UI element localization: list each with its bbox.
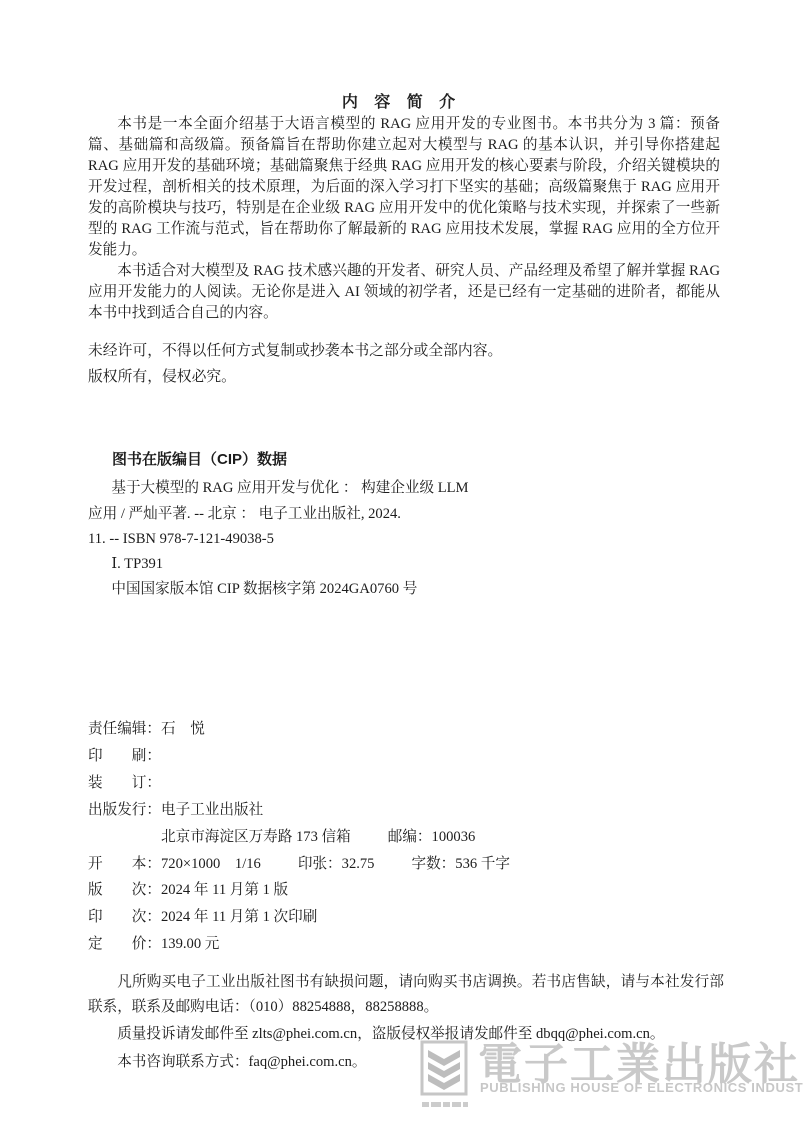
row-publisher-value: 电子工业出版社 <box>161 802 263 818</box>
page-title: 内 容 简 介 <box>0 89 803 112</box>
copyright-notice-line-2: 版权所有，侵权必究。 <box>88 364 720 390</box>
row-price-label: 定 价： <box>88 931 161 958</box>
copyright-notice-line-1: 未经许可，不得以任何方式复制或抄袭本书之部分或全部内容。 <box>88 338 720 364</box>
row-format-value: 720×1000 1/16 <box>161 856 261 872</box>
row-price: 定 价：139.00 元 <box>88 931 728 958</box>
row-impression: 印 次：2024 年 11 月第 1 次印刷 <box>88 904 728 931</box>
row-publisher-label: 出版发行： <box>88 797 161 824</box>
cip-data-block: 图书在版编目（CIP）数据 基于大模型的 RAG 应用开发与优化 ： 构建企业级… <box>88 447 720 603</box>
row-impression-value: 2024 年 11 月第 1 次印刷 <box>161 909 317 925</box>
note-contact: 本书咨询联系方式：faq@phei.com.cn。 <box>88 1050 724 1075</box>
copyright-page: 内 容 简 介 本书是一本全面介绍基于大语言模型的 RAG 应用开发的专业图书。… <box>0 0 803 1122</box>
row-address: 北京市海淀区万寿路 173 信箱邮编：100036 <box>88 824 728 851</box>
row-editor-value: 石 悦 <box>161 721 205 737</box>
row-format-sheets: 印张：32.75 <box>298 856 375 872</box>
cip-author-line: 应用 / 严灿平著. -- 北京 ： 电子工业出版社, 2024. <box>88 502 720 527</box>
book-summary: 本书是一本全面介绍基于大语言模型的 RAG 应用开发的专业图书。本书共分为 3 … <box>88 114 720 324</box>
cip-registry-line: 中国国家版本馆 CIP 数据核字第 2024GA0760 号 <box>88 577 720 602</box>
row-binding-label: 装 订： <box>88 770 161 797</box>
row-printing: 印 刷： <box>88 743 728 770</box>
row-publisher: 出版发行：电子工业出版社 <box>88 797 728 824</box>
cip-classification-line: Ⅰ. TP391 <box>88 552 720 577</box>
cip-header: 图书在版编目（CIP）数据 <box>88 447 720 472</box>
row-editor-label: 责任编辑： <box>88 716 161 743</box>
publisher-watermark-en: PUBLISHING HOUSE OF ELECTRONICS INDUSTRY <box>480 1080 803 1095</box>
copyright-notice: 未经许可，不得以任何方式复制或抄袭本书之部分或全部内容。 版权所有，侵权必究。 <box>88 338 720 390</box>
summary-paragraph-1: 本书是一本全面介绍基于大语言模型的 RAG 应用开发的专业图书。本书共分为 3 … <box>88 114 720 261</box>
row-edition-label: 版 次： <box>88 877 161 904</box>
row-address-postcode: 邮编：100036 <box>388 829 476 845</box>
purchase-notes: 凡所购买电子工业出版社图书有缺损问题，请向购买书店调换。若书店售缺，请与本社发行… <box>88 970 724 1077</box>
row-address-value: 北京市海淀区万寿路 173 信箱 <box>161 829 351 845</box>
publication-info: 责任编辑：石 悦 印 刷： 装 订： 出版发行：电子工业出版社 北京市海淀区万寿… <box>88 716 728 958</box>
row-price-value: 139.00 元 <box>161 936 219 952</box>
row-printing-label: 印 刷： <box>88 743 161 770</box>
row-edition-value: 2024 年 11 月第 1 版 <box>161 882 288 898</box>
row-editor: 责任编辑：石 悦 <box>88 716 728 743</box>
cip-isbn-line: 11. -- ISBN 978-7-121-49038-5 <box>88 527 720 552</box>
row-format-label: 开 本： <box>88 851 161 878</box>
summary-paragraph-2: 本书适合对大模型及 RAG 技术感兴趣的开发者、研究人员、产品经理及希望了解并掌… <box>88 261 720 324</box>
cip-title-line: 基于大模型的 RAG 应用开发与优化 ： 构建企业级 LLM <box>88 476 720 501</box>
row-format: 开 本：720×1000 1/16印张：32.75字数：536 千字 <box>88 851 728 878</box>
row-format-wordcount: 字数：536 千字 <box>411 856 510 872</box>
note-replacement: 凡所购买电子工业出版社图书有缺损问题，请向购买书店调换。若书店售缺，请与本社发行… <box>88 970 724 1019</box>
row-impression-label: 印 次： <box>88 904 161 931</box>
note-complaints: 质量投诉请发邮件至 zlts@phei.com.cn，盗版侵权举报请发邮件至 d… <box>88 1022 724 1047</box>
row-binding: 装 订： <box>88 770 728 797</box>
row-edition: 版 次：2024 年 11 月第 1 版 <box>88 877 728 904</box>
